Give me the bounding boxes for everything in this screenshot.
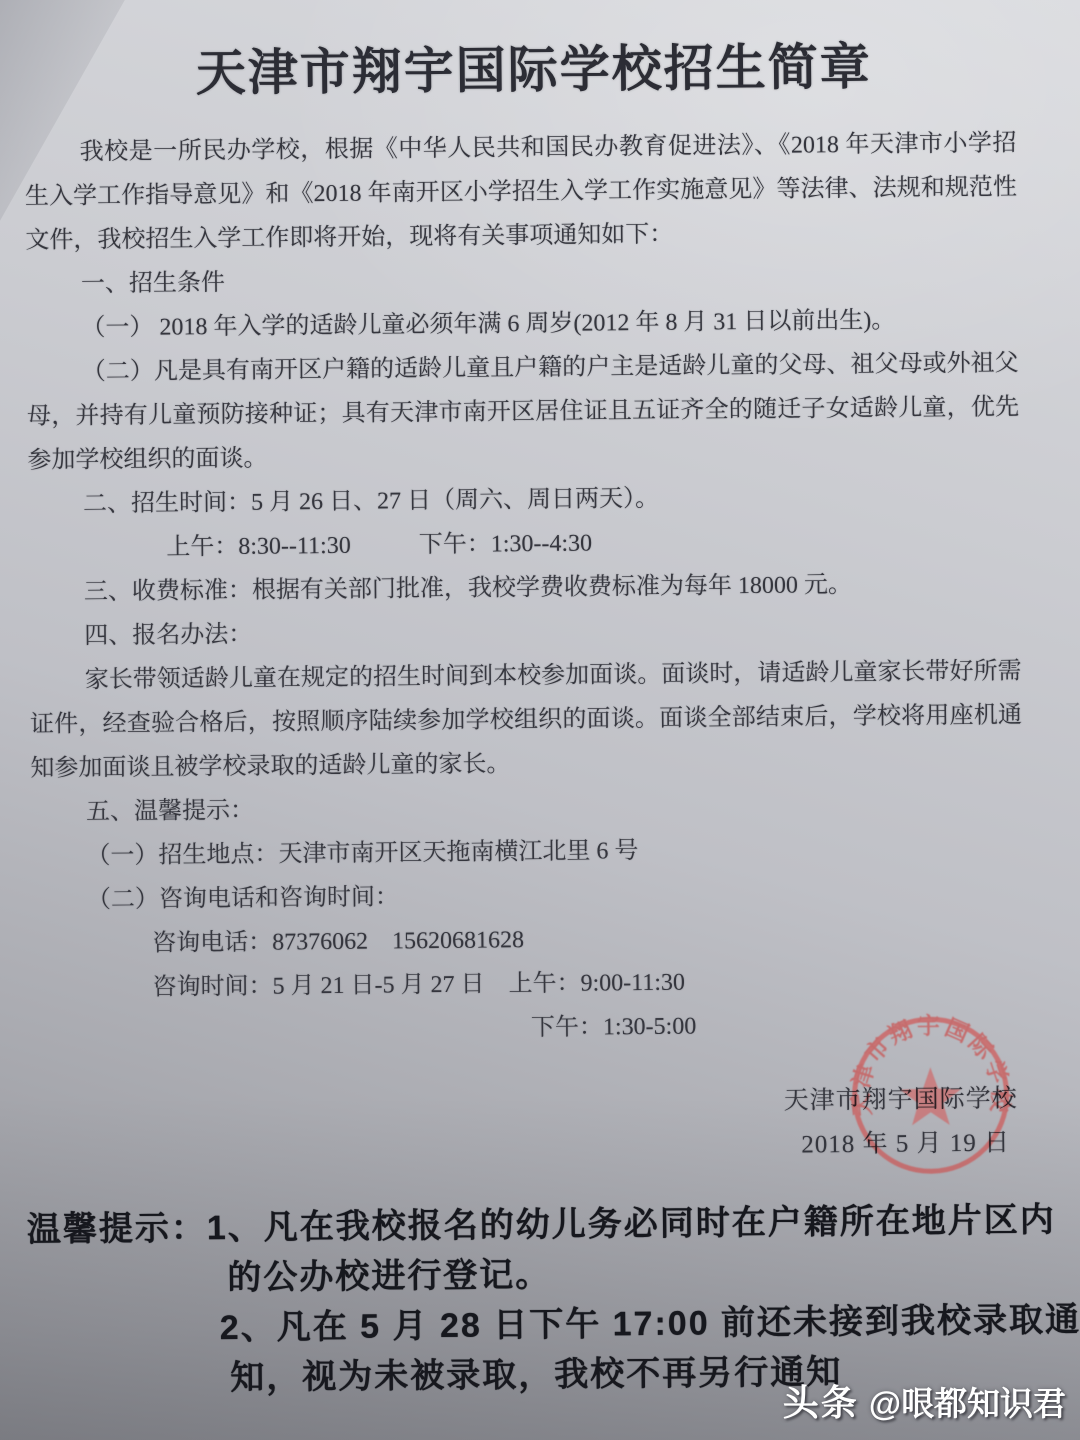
notice-line-1: 温馨提示：1、凡在我校报名的幼儿务必同时在户籍所在地片区内 bbox=[27, 1195, 1080, 1255]
paper-content: 天津市翔宇国际学校招生简章 我校是一所民办学校，根据《中华人民共和国民办教育促进… bbox=[0, 0, 1080, 1440]
session-morning-time: 上午：8:30--11:30 bbox=[166, 533, 351, 561]
intro-paragraph: 我校是一所民办学校，根据《中华人民共和国民办教育促进法》、《2018 年天津市小… bbox=[24, 121, 1017, 263]
document-body: 我校是一所民办学校，根据《中华人民共和国民办教育促进法》、《2018 年天津市小… bbox=[0, 121, 1080, 1055]
footer-notice: 温馨提示：1、凡在我校报名的幼儿务必同时在户籍所在地片区内 的公办校进行登记。 … bbox=[5, 1195, 1080, 1405]
seal-star-icon bbox=[900, 1067, 961, 1125]
notice-line-3: 2、凡在 5 月 28 日下午 17:00 前还未接到我校录取通 bbox=[28, 1295, 1080, 1355]
watermark-brand: 头条 bbox=[783, 1375, 859, 1426]
school-seal-stamp: 天津市翔宇国际学校 bbox=[840, 1004, 1022, 1186]
section-4-paragraph: 家长带领适龄儿童在规定的招生时间到本校参加面谈。面谈时，请适龄儿童家长带好所需证… bbox=[29, 649, 1022, 791]
page-title: 天津市翔宇国际学校招生简章 bbox=[0, 25, 1074, 107]
watermark: 头条 @哏都知识君 bbox=[783, 1375, 1066, 1426]
session-afternoon-time: 下午：1:30--4:30 bbox=[419, 530, 593, 558]
section-1-item-2: （二）凡是具有南开区户籍的适龄儿童且户籍的户主是适龄儿童的父母、祖父母或外祖父母… bbox=[26, 341, 1019, 483]
watermark-handle: @哏都知识君 bbox=[869, 1378, 1066, 1425]
